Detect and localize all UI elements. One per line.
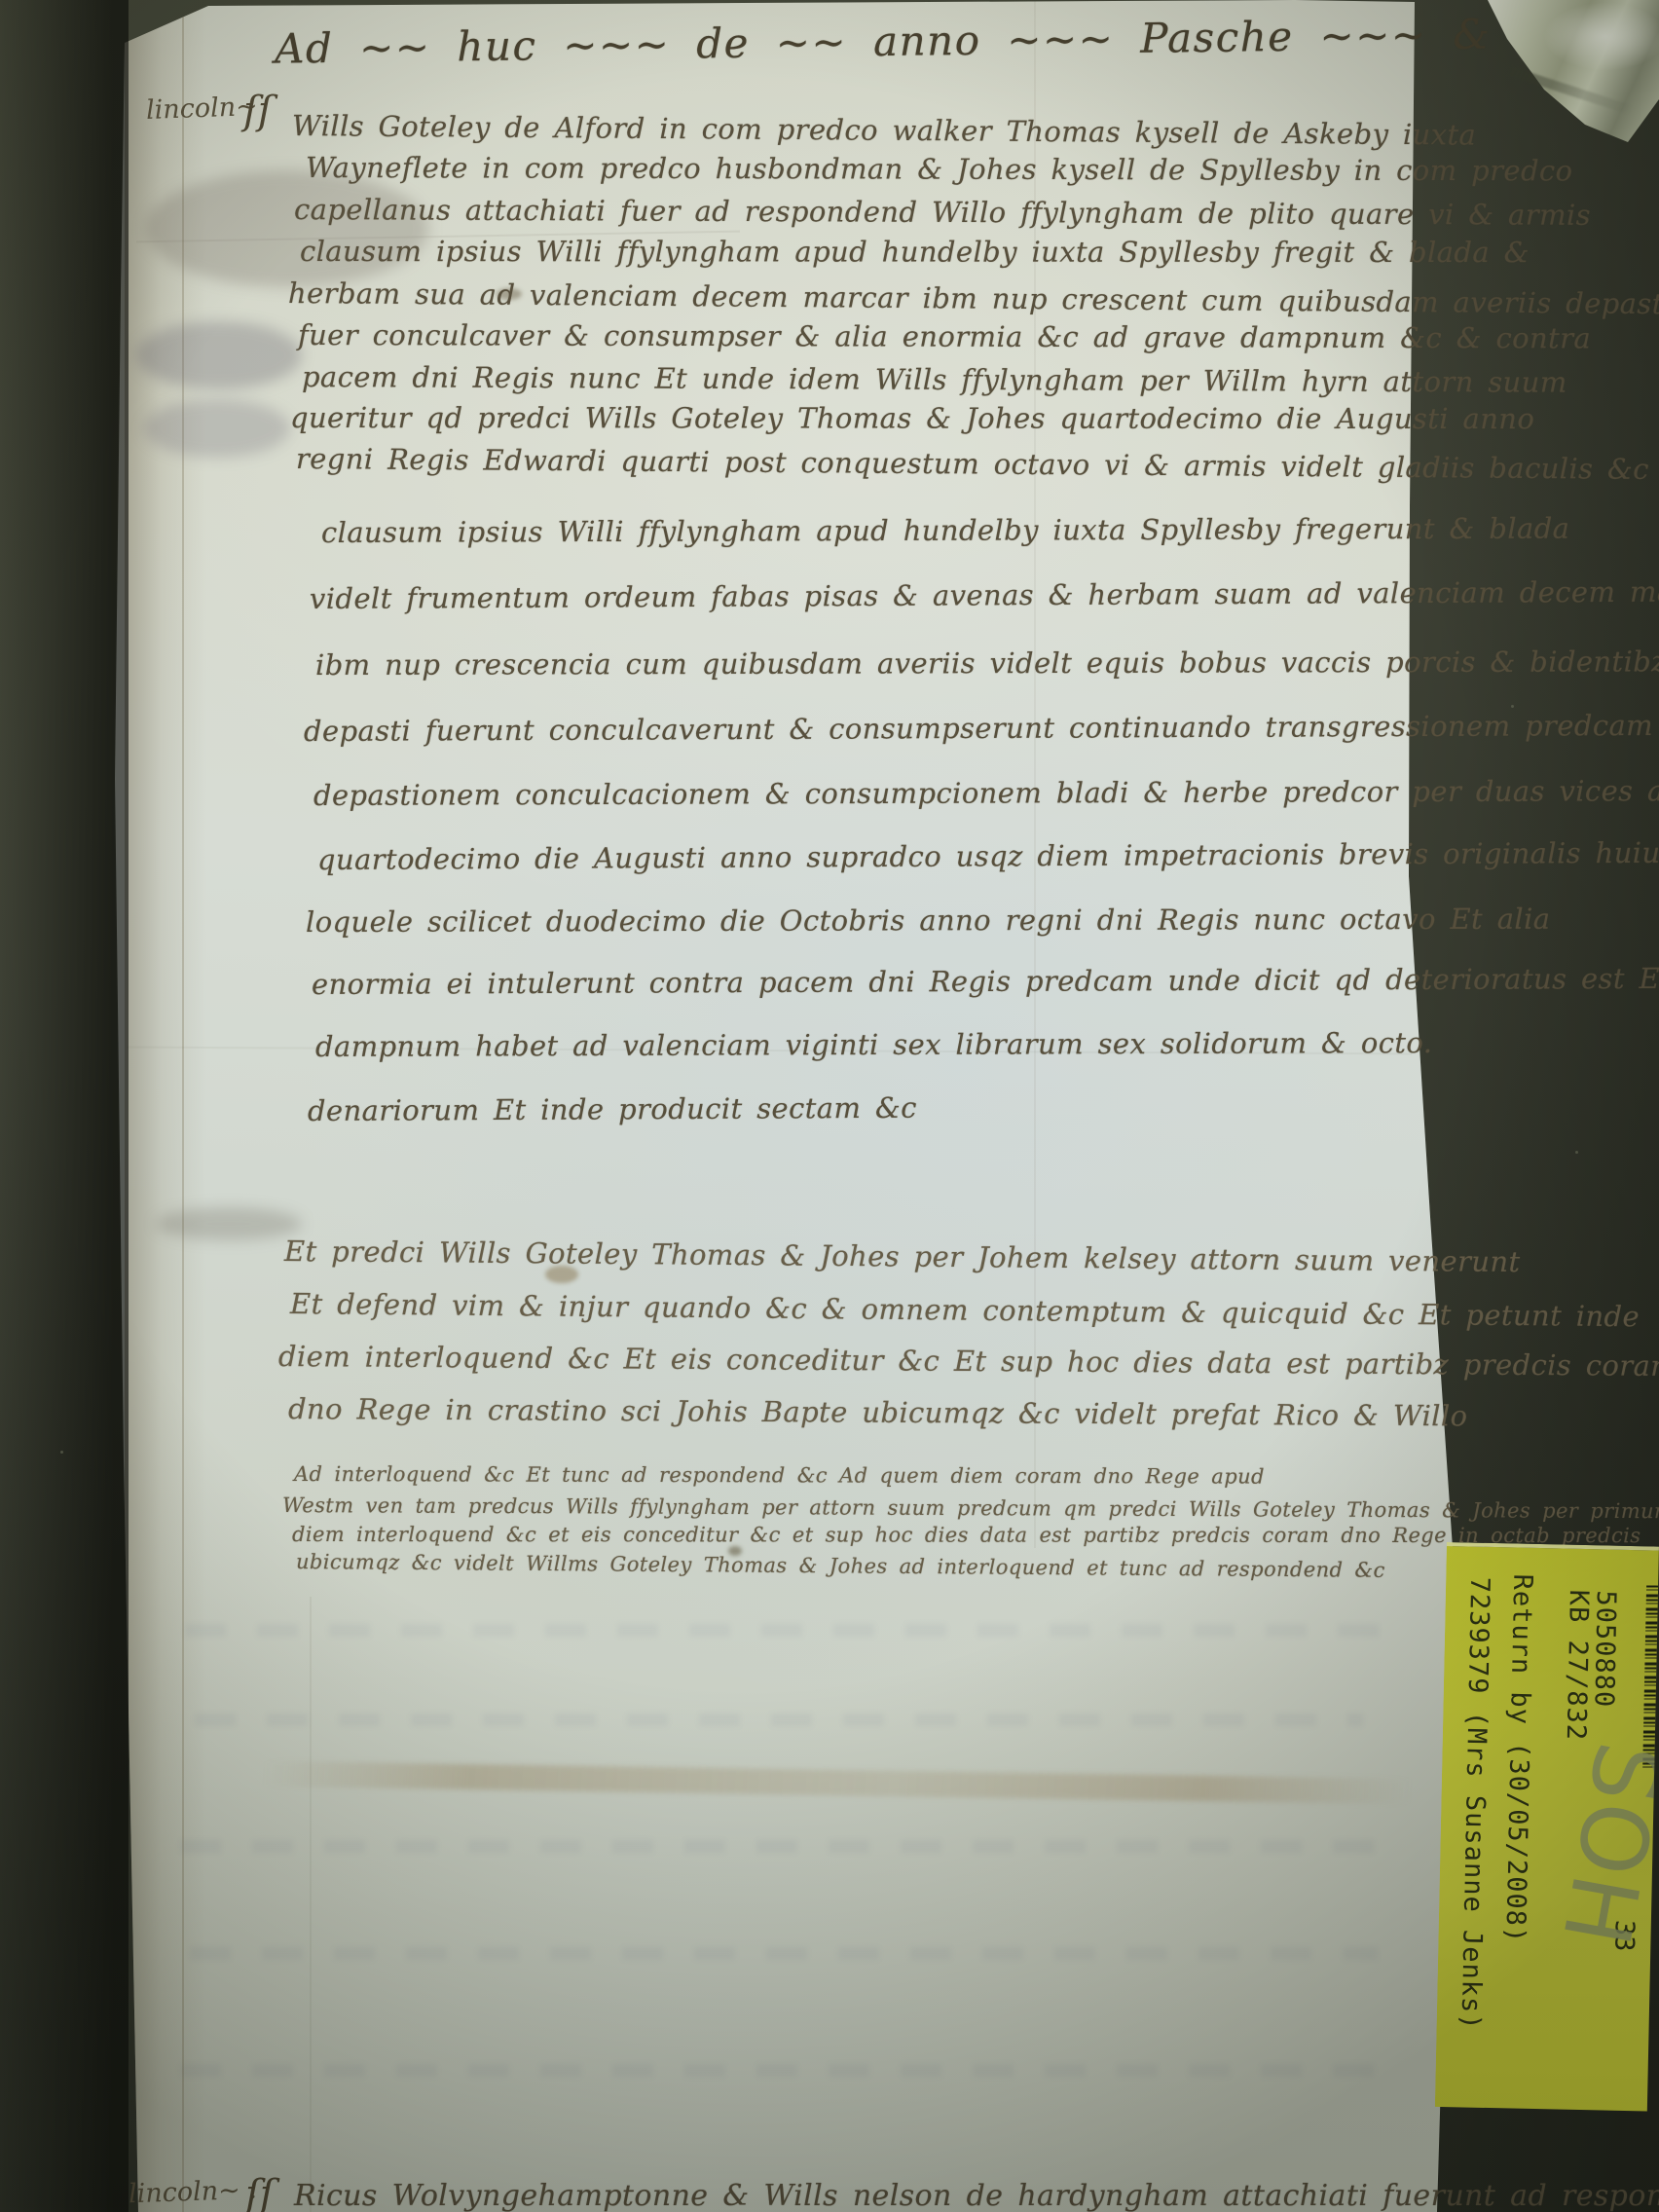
manuscript-line: fuer conculcaver & consumpser & alia eno… [298, 318, 1591, 354]
manuscript-line: ibm nup crescencia cum quibusdam averiis… [315, 645, 1659, 682]
manuscript-line: queritur qd predci Wills Goteley Thomas … [290, 401, 1534, 435]
bleedthrough-smudge [156, 1207, 302, 1240]
manuscript-line: depasti fuerunt conculcaverunt & consump… [304, 708, 1659, 748]
manuscript-line: Ad interloquend &c Et tunc ad respondend… [294, 1462, 1265, 1489]
note-handwritten-initials: SOH [1541, 1735, 1659, 1955]
county-marginalia-top: lincoln~ [145, 92, 258, 126]
manuscript-line: clausum ipsius Willi ffylyngham apud hun… [300, 235, 1530, 269]
manuscript-line: pacem dni Regis nunc Et unde idem Wills … [302, 360, 1567, 399]
manuscript-line: enormia ei intulerunt contra pacem dni R… [312, 962, 1659, 1001]
bleedthrough-smudge [144, 399, 290, 458]
note-requisition-reader: 7239379 (Mrs Susanne Jenks) [1456, 1576, 1495, 2030]
manuscript-line: quartodecimo die Augusti anno supradco u… [317, 836, 1659, 876]
manuscript-line: loquele scilicet duodecimo die Octobris … [306, 903, 1551, 939]
section-mark-icon: ſſ [245, 2175, 275, 2212]
bleedthrough-smudge [146, 170, 428, 287]
dust-speck [60, 1451, 63, 1454]
crease-line [310, 1597, 312, 2212]
manuscript-line: capellanus attachiati fuer ad respondend… [294, 193, 1591, 232]
crease-stain [263, 1761, 1412, 1805]
county-marginalia-bottom: lincoln~ . [128, 2175, 257, 2210]
manuscript-line: clausum ipsius Willi ffylyngham apud hun… [321, 512, 1569, 549]
manuscript-line: dampnum habet ad valenciam viginti sex l… [315, 1026, 1432, 1063]
archive-sticky-note: 5050880 KB 27/832 Return by (30/05/2008)… [1435, 1542, 1659, 2111]
manuscript-line: denariorum Et inde producit sectam &c [308, 1091, 917, 1127]
showthrough-line [185, 1624, 1382, 1637]
background-shadow-left [0, 0, 129, 2212]
showthrough-line [195, 1714, 1363, 1726]
manuscript-line: diem interloquend &c et eis conceditur &… [292, 1523, 1641, 1547]
note-return-by-date: Return by (30/05/2008) [1499, 1573, 1537, 1943]
note-catalogue-reference: KB 27/832 [1561, 1590, 1594, 1742]
showthrough-line [180, 1840, 1387, 1853]
manuscript-line: Wayneflete in com predco husbondman & Jo… [306, 151, 1573, 187]
sticky-note-face: 5050880 KB 27/832 Return by (30/05/2008)… [1435, 1542, 1659, 2111]
manuscript-line: depastionem conculcacionem & consumpcion… [313, 774, 1659, 812]
bleedthrough-smudge [136, 321, 302, 389]
showthrough-line [180, 2064, 1378, 2077]
photograph-of-plea-roll: Ad ~~ huc ~~~ de ~~ anno ~~~ Pasche ~~~ … [0, 0, 1659, 2212]
manuscript-line: videlt frumentum ordeum fabas pisas & av… [310, 574, 1659, 615]
showthrough-line [190, 1947, 1378, 1960]
section-mark-icon: ſſ [243, 92, 273, 130]
manuscript-line-partial: Ricus Wolvyngehamptonne & Wills nelson d… [294, 2179, 1659, 2212]
dust-speck [1575, 1151, 1578, 1154]
dust-speck [1511, 705, 1514, 708]
